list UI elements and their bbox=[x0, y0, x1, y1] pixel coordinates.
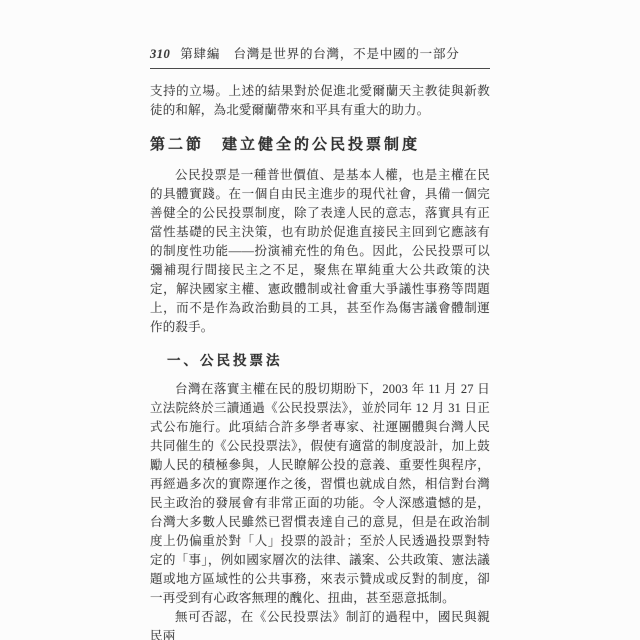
subsection-heading: 一、公民投票法 bbox=[167, 349, 490, 369]
paragraph-intro: 公民投票是一種普世價值、是基本人權，也是主權在民的具體實踐。在一個自由民主進步的… bbox=[150, 166, 490, 337]
paragraph-law: 台灣在落實主權在民的殷切期盼下，2003 年 11 月 27 日立法院終於三讀通… bbox=[150, 380, 490, 608]
book-page: 310 第肆編 台灣是世界的台灣，不是中國的一部分 支持的立場。上述的結果對於促… bbox=[0, 0, 640, 640]
paragraph-final: 無可否認，在《公民投票法》制訂的過程中，國民與親民兩 bbox=[150, 608, 490, 640]
page-content: 310 第肆編 台灣是世界的台灣，不是中國的一部分 支持的立場。上述的結果對於促… bbox=[150, 44, 490, 640]
section-heading: 第二節 建立健全的公民投票制度 bbox=[150, 133, 490, 154]
running-title: 第肆編 台灣是世界的台灣，不是中國的一部分 bbox=[180, 44, 459, 62]
paragraph-continuation: 支持的立場。上述的結果對於促進北愛爾蘭天主教徒與新教徒的和解，為北愛爾蘭帶來和平… bbox=[150, 82, 490, 120]
page-header: 310 第肆編 台灣是世界的台灣，不是中國的一部分 bbox=[150, 44, 490, 69]
page-number: 310 bbox=[150, 47, 170, 62]
